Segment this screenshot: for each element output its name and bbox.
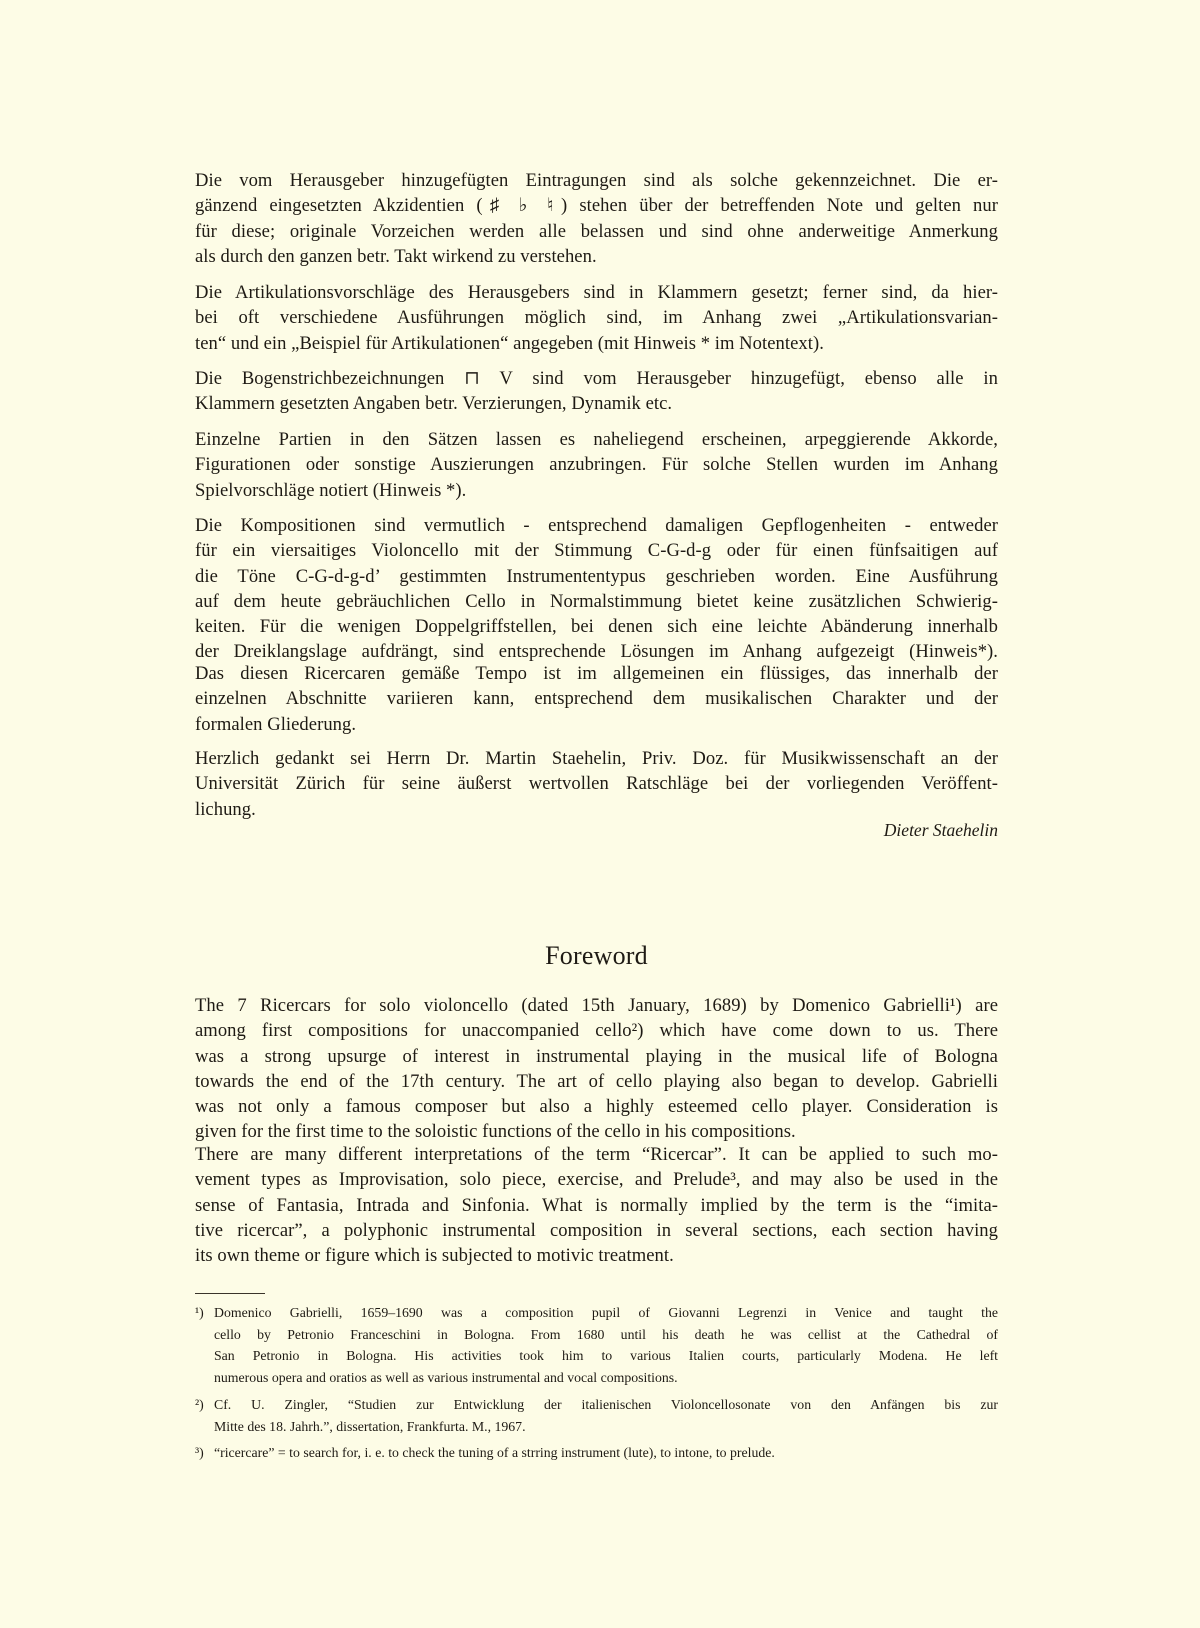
text-line: Das diesen Ricercaren gemäße Tempo ist i… <box>195 661 998 686</box>
text-line: einzelnen Abschnitte variieren kann, ent… <box>195 686 998 711</box>
text-line: Klammern gesetzten Angaben betr. Verzier… <box>195 391 998 416</box>
text-line: formalen Gliederung. <box>195 712 998 737</box>
foreword-heading: Foreword <box>195 939 998 973</box>
text-line: Die Bogenstrichbezeichnungen ⊓ V sind vo… <box>195 366 998 391</box>
text-line: towards the end of the 17th century. The… <box>195 1069 998 1094</box>
text-line: There are many different interpretations… <box>195 1142 998 1167</box>
text-line: als durch den ganzen betr. Takt wirkend … <box>195 244 998 269</box>
foreword-paragraph-ricercar-definition: There are many different interpretations… <box>195 1142 998 1268</box>
text-line: Universität Zürich für seine äußerst wer… <box>195 771 998 796</box>
footnote-line: San Petronio in Bologna. His activities … <box>195 1345 998 1367</box>
footnote-1: ¹)Domenico Gabrielli, 1659–1690 was a co… <box>195 1302 998 1388</box>
text-line: gänzend eingesetzten Akzidentien (♯ ♭ ♮)… <box>195 193 998 218</box>
footnote-line: Mitte des 18. Jahrh.”, dissertation, Fra… <box>195 1416 998 1438</box>
text-line: keiten. Für die wenigen Doppelgriffstell… <box>195 614 998 639</box>
footnote-marker: ³) <box>195 1442 214 1464</box>
footnote-text: Cf. U. Zingler, “Studien zur Entwicklung… <box>214 1397 998 1412</box>
text-line: Spielvorschläge notiert (Hinweis *). <box>195 478 998 503</box>
text-line: Einzelne Partien in den Sätzen lassen es… <box>195 427 998 452</box>
footnote-line: cello by Petronio Franceschini in Bologn… <box>195 1324 998 1346</box>
text-line: Die Kompositionen sind vermutlich - ents… <box>195 513 998 538</box>
text-line: vement types as Improvisation, solo piec… <box>195 1167 998 1192</box>
footnote-line: ²)Cf. U. Zingler, “Studien zur Entwicklu… <box>195 1394 998 1416</box>
german-paragraph-acknowledgement: Herzlich gedankt sei Herrn Dr. Martin St… <box>195 746 998 822</box>
text-line: The 7 Ricercars for solo violoncello (da… <box>195 993 998 1018</box>
text-line: among first compositions for unaccompani… <box>195 1018 998 1043</box>
german-paragraph-ornamentation: Einzelne Partien in den Sätzen lassen es… <box>195 427 998 503</box>
footnote-text: “ricercare” = to search for, i. e. to ch… <box>214 1445 775 1460</box>
text-line: Figurationen oder sonstige Auszierungen … <box>195 452 998 477</box>
foreword-paragraph-history: The 7 Ricercars for solo violoncello (da… <box>195 993 998 1145</box>
german-paragraph-tempo: Das diesen Ricercaren gemäße Tempo ist i… <box>195 661 998 737</box>
text-line: sense of Fantasia, Intrada and Sinfonia.… <box>195 1193 998 1218</box>
text-line: auf dem heute gebräuchlichen Cello in No… <box>195 589 998 614</box>
footnote-separator <box>195 1293 265 1294</box>
text-line: Die vom Herausgeber hinzugefügten Eintra… <box>195 168 998 193</box>
footnote-text: Domenico Gabrielli, 1659–1690 was a comp… <box>214 1305 998 1320</box>
footnote-3: ³)“ricercare” = to search for, i. e. to … <box>195 1442 998 1464</box>
german-paragraph-accidentals: Die vom Herausgeber hinzugefügten Eintra… <box>195 168 998 269</box>
text-line: Herzlich gedankt sei Herrn Dr. Martin St… <box>195 746 998 771</box>
footnote-marker: ¹) <box>195 1302 214 1324</box>
text-line: Die Artikulationsvorschläge des Herausge… <box>195 280 998 305</box>
text-line: die Töne C-G-d-g-d’ gestimmten Instrumen… <box>195 564 998 589</box>
text-line: given for the first time to the soloisti… <box>195 1119 998 1144</box>
footnote-marker: ²) <box>195 1394 214 1416</box>
author-signature: Dieter Staehelin <box>884 819 998 841</box>
text-line: für diese; originale Vorzeichen werden a… <box>195 219 998 244</box>
text-line: was not only a famous composer but also … <box>195 1094 998 1119</box>
text-line: its own theme or figure which is subject… <box>195 1243 998 1268</box>
german-paragraph-tuning: Die Kompositionen sind vermutlich - ents… <box>195 513 998 665</box>
footnote-2: ²)Cf. U. Zingler, “Studien zur Entwicklu… <box>195 1394 998 1437</box>
text-line: bei oft verschiedene Ausführungen möglic… <box>195 305 998 330</box>
text-line: lichung. <box>195 797 998 822</box>
german-paragraph-articulation: Die Artikulationsvorschläge des Herausge… <box>195 280 998 356</box>
text-line: ten“ und ein „Beispiel für Artikulatione… <box>195 331 998 356</box>
text-line: für ein viersaitiges Violoncello mit der… <box>195 538 998 563</box>
german-paragraph-bowing: Die Bogenstrichbezeichnungen ⊓ V sind vo… <box>195 366 998 417</box>
footnote-line: ³)“ricercare” = to search for, i. e. to … <box>195 1442 998 1464</box>
footnote-line: ¹)Domenico Gabrielli, 1659–1690 was a co… <box>195 1302 998 1324</box>
text-line: was a strong upsurge of interest in inst… <box>195 1044 998 1069</box>
footnote-line: numerous opera and oratios as well as va… <box>195 1367 998 1389</box>
text-line: tive ricercar”, a polyphonic instrumenta… <box>195 1218 998 1243</box>
